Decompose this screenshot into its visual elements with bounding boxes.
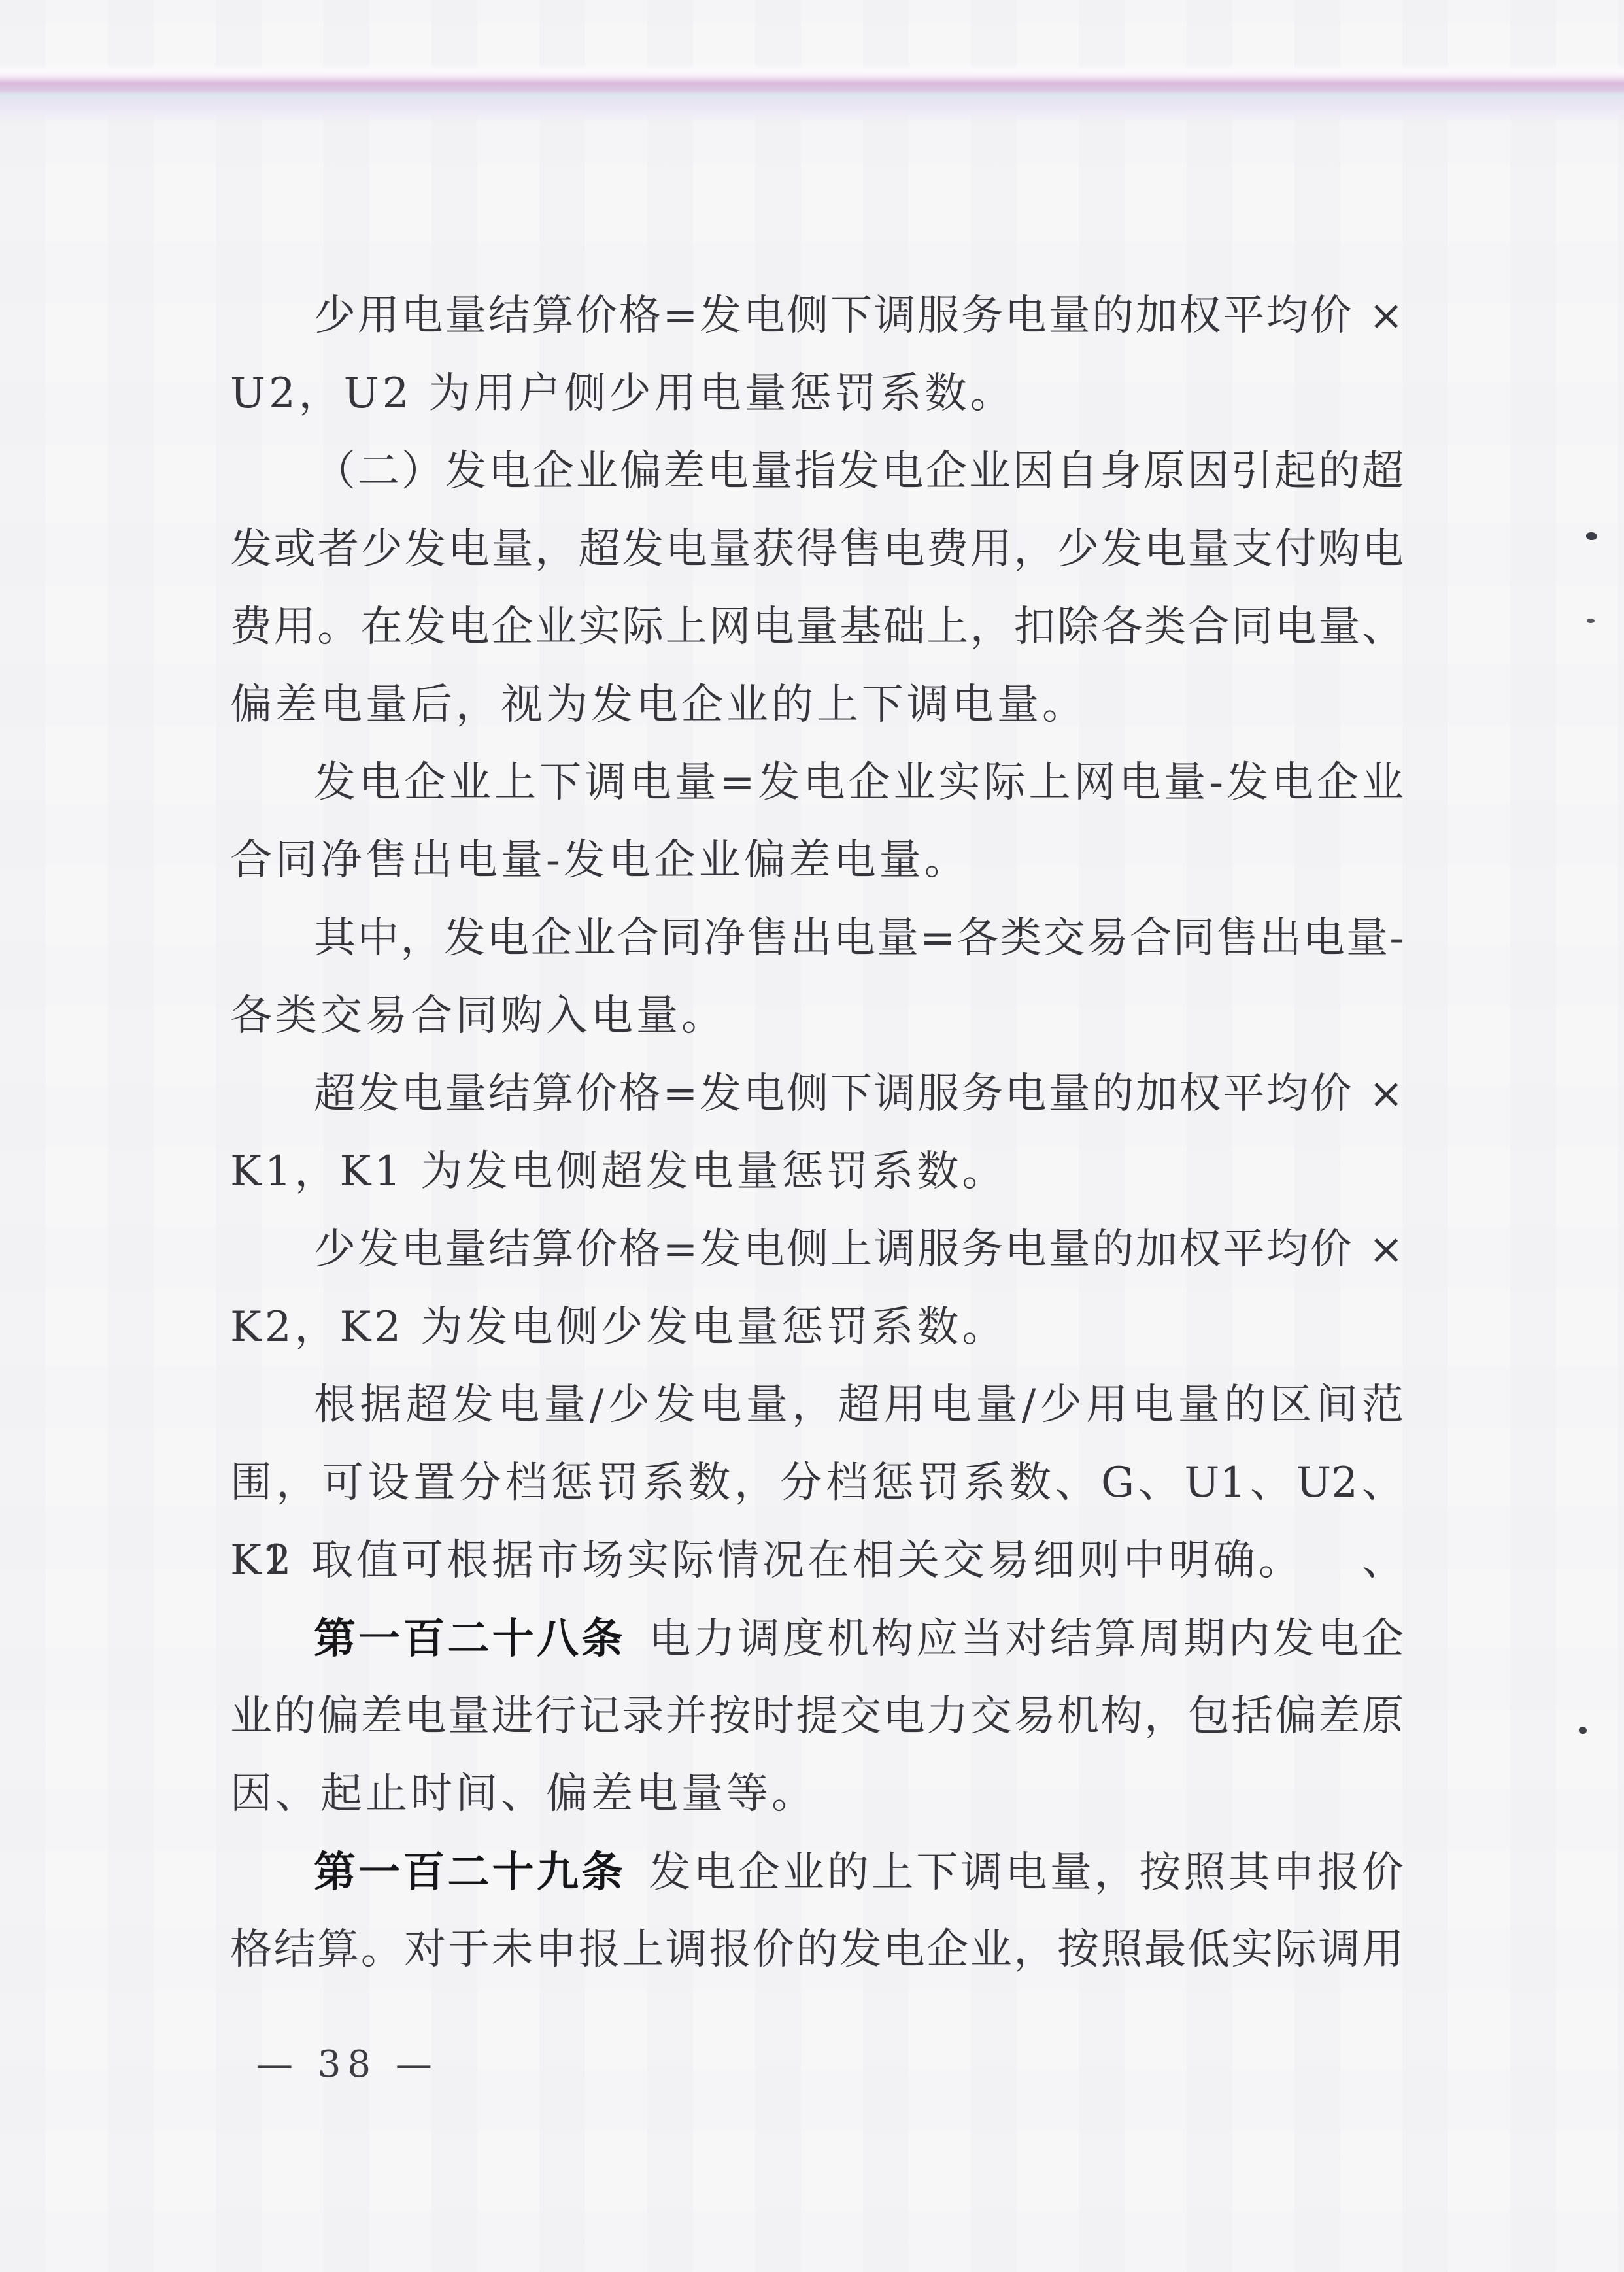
- text-line: 因、起止时间、偏差电量等。: [230, 1755, 1404, 1833]
- text-line: K2 取值可根据市场实际情况在相关交易细则中明确。: [230, 1522, 1404, 1600]
- text-line: 发或者少发电量，超发电量获得售电费用，少发电量支付购电: [230, 511, 1404, 588]
- article-128-intro: 电力调度机构应当对结算周期内发电企: [649, 1615, 1404, 1663]
- document-text-body: 少用电量结算价格=发电侧下调服务电量的加权平均价 × U2，U2 为用户侧少用电…: [230, 277, 1404, 1989]
- scanned-document-page: 少用电量结算价格=发电侧下调服务电量的加权平均价 × U2，U2 为用户侧少用电…: [0, 0, 1624, 2272]
- text-line: 发电企业上下调电量=发电企业实际上网电量-发电企业: [230, 744, 1404, 822]
- text-line: 少用电量结算价格=发电侧下调服务电量的加权平均价 ×: [230, 277, 1404, 355]
- text-line: 偏差电量后，视为发电企业的上下调电量。: [230, 666, 1404, 744]
- text-line: K1，K1 为发电侧超发电量惩罚系数。: [230, 1133, 1404, 1211]
- article-129-intro: 发电企业的上下调电量，按照其申报价: [649, 1848, 1404, 1897]
- text-line: 业的偏差电量进行记录并按时提交电力交易机构，包括偏差原: [230, 1678, 1404, 1755]
- scanner-artifact-band: [0, 64, 1624, 124]
- scan-speck: [1579, 1727, 1587, 1734]
- article-129-number: 第一百二十九条: [314, 1848, 626, 1897]
- text-line: 合同净售出电量-发电企业偏差电量。: [230, 822, 1404, 900]
- text-line: 少发电量结算价格=发电侧上调服务电量的加权平均价 ×: [230, 1211, 1404, 1289]
- text-line: 费用。在发电企业实际上网电量基础上，扣除各类合同电量、: [230, 588, 1404, 666]
- article-128-number: 第一百二十八条: [314, 1614, 626, 1663]
- text-line: 超发电量结算价格=发电侧下调服务电量的加权平均价 ×: [230, 1055, 1404, 1133]
- scan-speck: [1587, 619, 1595, 623]
- text-line-article-128: 第一百二十八条电力调度机构应当对结算周期内发电企: [230, 1600, 1404, 1678]
- text-line: （二）发电企业偏差电量指发电企业因自身原因引起的超: [230, 433, 1404, 511]
- page-number: — 38 —: [256, 2039, 439, 2091]
- text-line-article-129: 第一百二十九条发电企业的上下调电量，按照其申报价: [230, 1833, 1404, 1911]
- text-line: K2，K2 为发电侧少发电量惩罚系数。: [230, 1289, 1404, 1366]
- scan-speck: [1586, 532, 1597, 540]
- text-line: U2，U2 为用户侧少用电量惩罚系数。: [230, 355, 1404, 433]
- text-line: 各类交易合同购入电量。: [230, 977, 1404, 1055]
- text-line: 格结算。对于未申报上调报价的发电企业，按照最低实际调用: [230, 1911, 1404, 1989]
- text-line: 根据超发电量/少发电量，超用电量/少用电量的区间范: [230, 1366, 1404, 1444]
- text-line: 其中，发电企业合同净售出电量=各类交易合同售出电量-: [230, 900, 1404, 977]
- text-line: 围，可设置分档惩罚系数，分档惩罚系数、G、U1、U2、K1、: [230, 1444, 1404, 1522]
